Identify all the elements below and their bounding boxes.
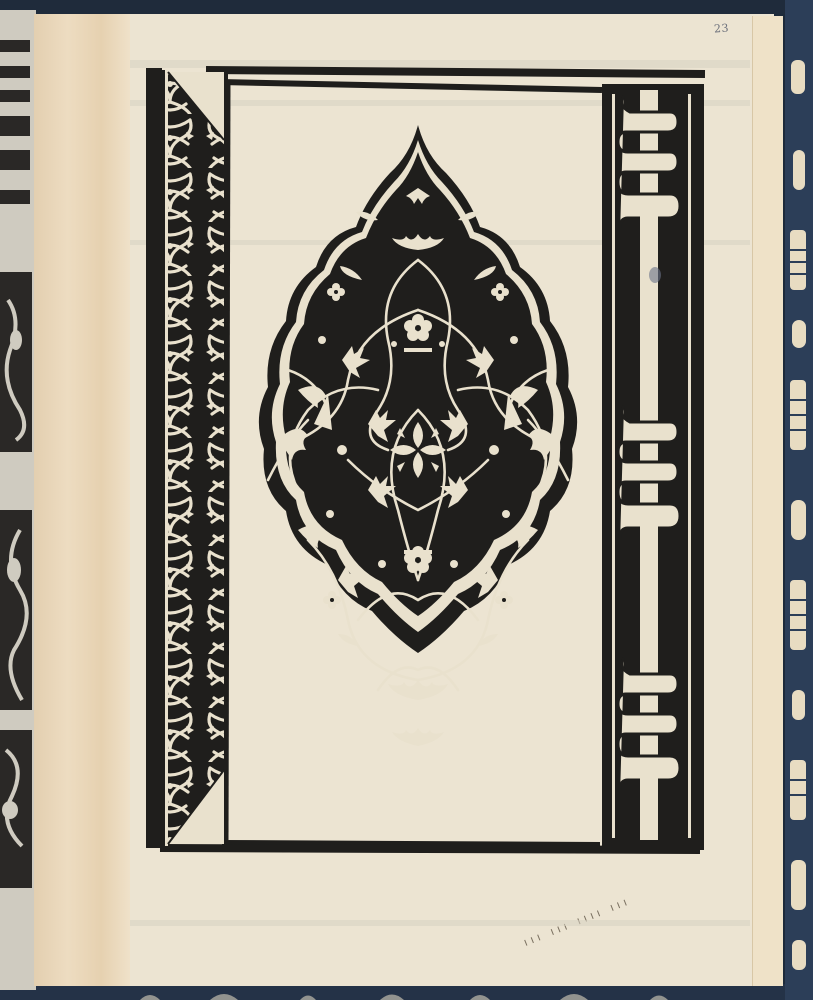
marbled-pattern-bottom (0, 984, 813, 1000)
ink-stain (649, 267, 661, 283)
previous-page-woodcut-fragment (0, 10, 36, 990)
marbled-pattern-right (785, 0, 813, 1000)
page-fore-edge (752, 16, 783, 986)
page-gutter (34, 14, 130, 986)
right-border-strip (602, 84, 704, 850)
binding-cover-top (0, 0, 813, 14)
left-border-strip (146, 68, 228, 848)
central-medallion (259, 125, 577, 746)
folio-number: 23 (714, 21, 730, 35)
previous-page-edge (0, 10, 36, 990)
binding-cover-bottom (0, 984, 813, 1000)
woodcut-design (140, 60, 720, 860)
binding-cover-right (785, 0, 813, 1000)
